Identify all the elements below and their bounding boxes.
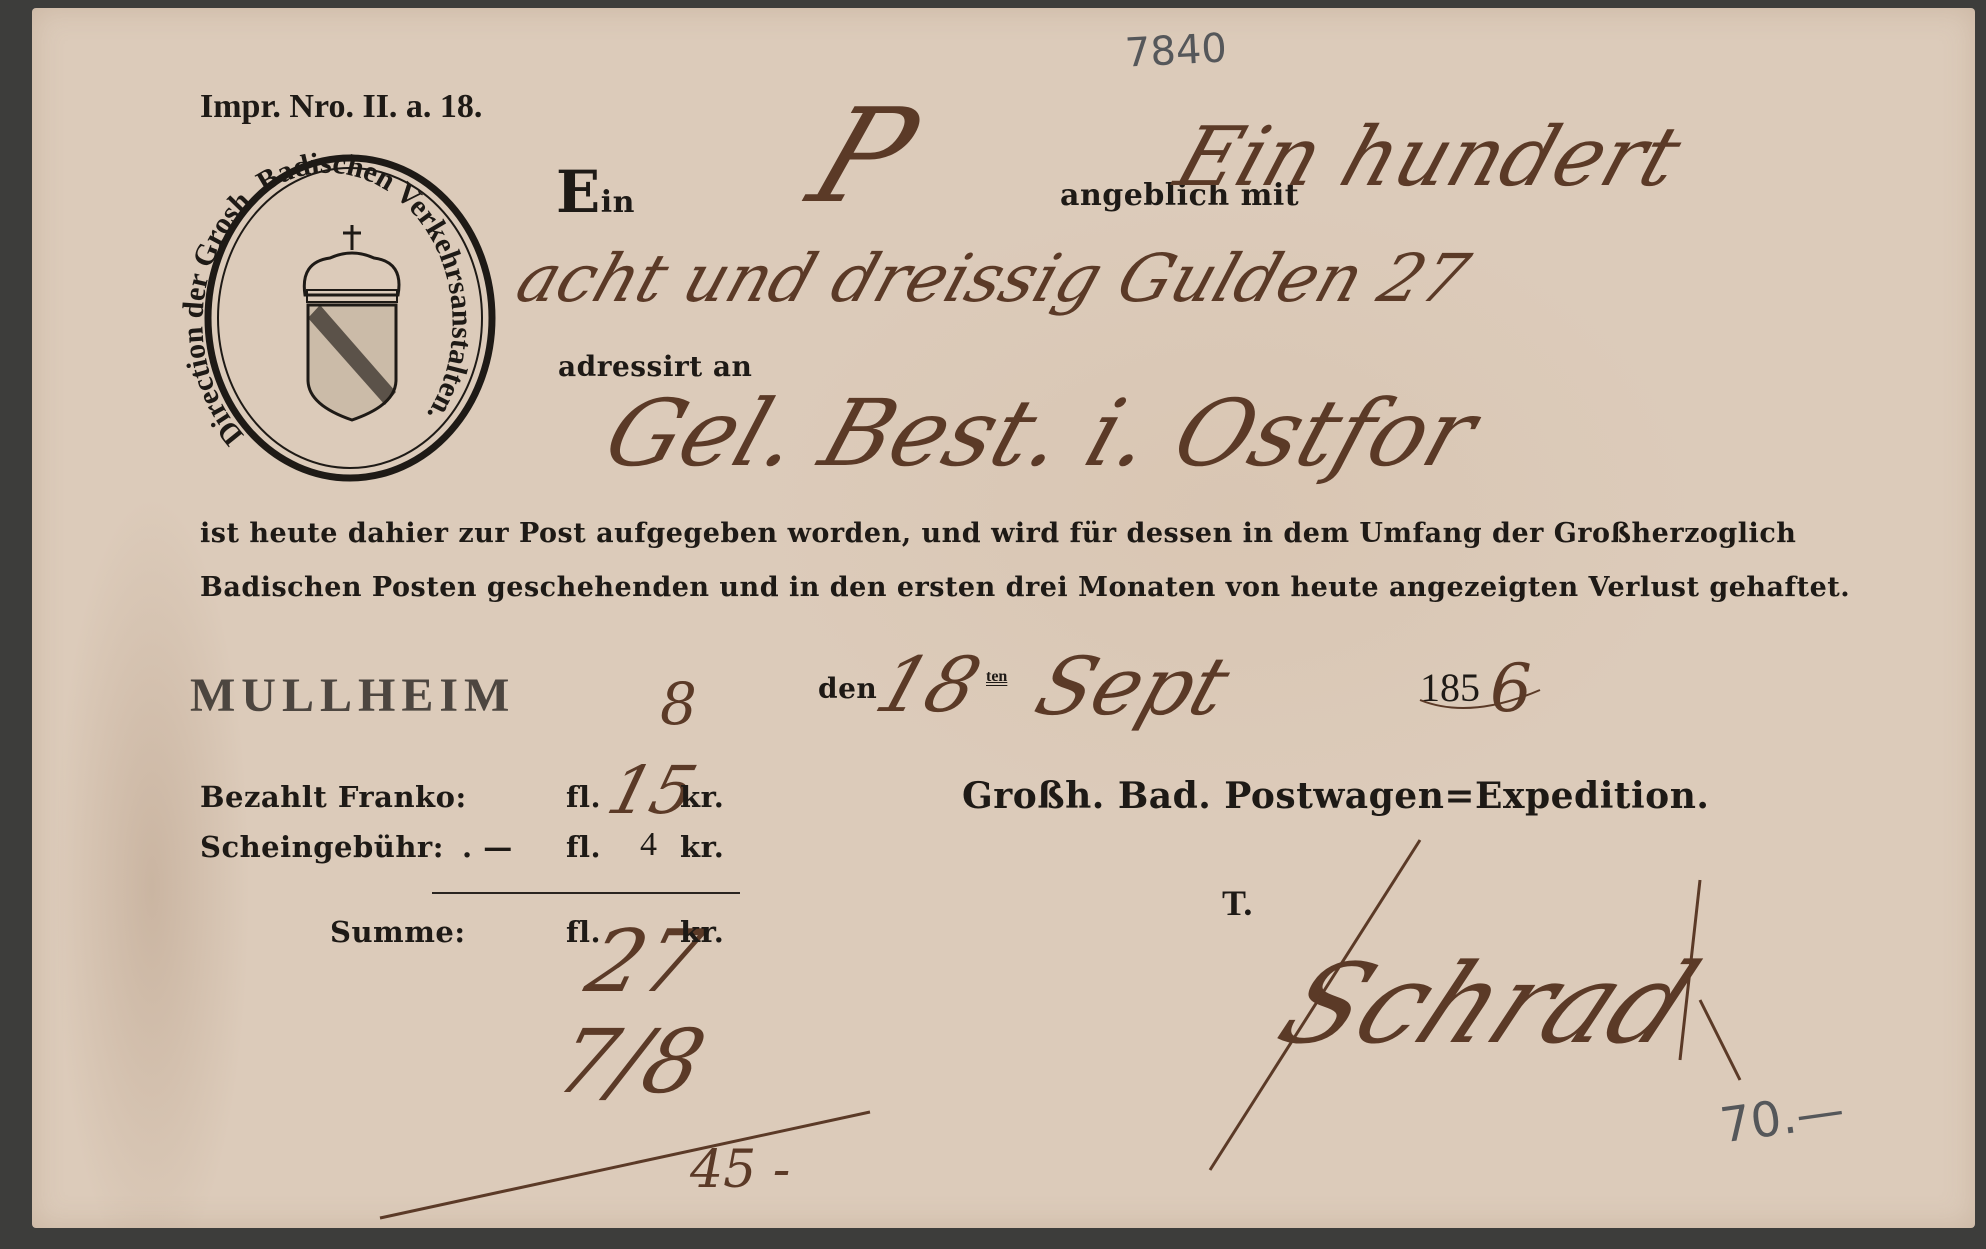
handwritten-signature: Schrad xyxy=(1260,940,1716,1068)
date-suffix: ten xyxy=(986,668,1007,686)
town-cancel-stamp: MULLHEIM xyxy=(190,668,515,723)
schein-fl-value: . — xyxy=(462,830,513,864)
handwritten-value-line1: Ein hundert xyxy=(1165,110,1692,205)
sum-divider-line xyxy=(432,892,740,894)
year-prefix: 185 xyxy=(1420,664,1480,711)
line2-adressirt-an: adressirt an xyxy=(558,350,752,383)
handwritten-value-line2: acht und dreissig Gulden 27 xyxy=(507,240,1478,317)
postal-receipt-paper xyxy=(32,8,1975,1228)
franko-kr-unit: kr. xyxy=(680,780,724,814)
line1-prefix: Ein xyxy=(556,158,635,226)
handwritten-tally-under: 45 - xyxy=(690,1140,790,1200)
schein-fl-unit: fl. xyxy=(566,830,601,864)
schein-kr-unit: kr. xyxy=(680,830,724,864)
summe-label: Summe: xyxy=(330,915,466,949)
schein-kr-value: 4 xyxy=(640,826,657,864)
handwritten-year-digit: 6 xyxy=(1490,650,1532,727)
date-prefix: den xyxy=(818,672,877,705)
body-line-2: Badischen Posten geschehenden und in den… xyxy=(200,572,1850,603)
schein-label: Scheingebühr: xyxy=(200,830,444,864)
body-line-1: ist heute dahier zur Post aufgegeben wor… xyxy=(200,518,1796,549)
line1-prefix-rest: in xyxy=(601,185,635,220)
office-initial: T. xyxy=(1222,882,1252,924)
franko-fl-unit: fl. xyxy=(566,780,601,814)
form-number: Impr. Nro. II. a. 18. xyxy=(200,88,482,126)
summe-kr-unit: kr. xyxy=(680,915,724,949)
franko-label: Bezahlt Franko: xyxy=(200,780,467,814)
handwritten-date-month: Sept xyxy=(1025,640,1241,733)
handwritten-addressee: Gel. Best. i. Ostfor xyxy=(593,380,1489,487)
handwritten-stamp-number: 8 xyxy=(660,670,697,738)
handwritten-tally: 7/8 xyxy=(546,1010,715,1113)
line1-initial: E xyxy=(556,158,601,226)
pencil-note-top: 7840 xyxy=(1124,25,1228,76)
office-name: Großh. Bad. Postwagen=Expedition. xyxy=(962,775,1709,817)
